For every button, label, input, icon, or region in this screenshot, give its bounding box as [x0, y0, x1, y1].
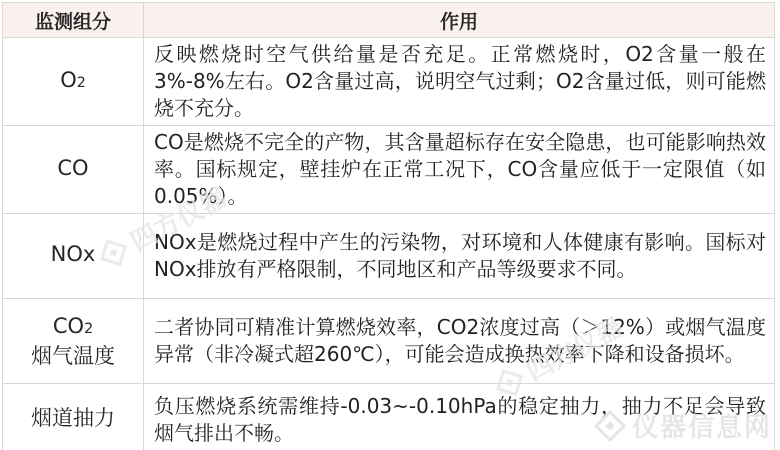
table-row: 烟道抽力 负压燃烧系统需维持-0.03~-0.10hPa的稳定抽力，抽力不足会导…	[3, 384, 775, 450]
header-function-column: 作用	[144, 3, 775, 38]
function-text-nox: NOx是燃烧过程中产生的污染物，对环境和人体健康有影响。国标对NOx排放有严格限…	[144, 214, 775, 299]
function-text-o2: 反映燃烧时空气供给量是否充足。正常燃烧时，O2含量一般在3%-8%左右。O2含量…	[144, 38, 775, 126]
component-label-nox: NOx	[3, 214, 144, 299]
component-label-co: CO	[3, 126, 144, 214]
component-label-o2: O2	[3, 38, 144, 126]
table-row: NOx NOx是燃烧过程中产生的污染物，对环境和人体健康有影响。国标对NOx排放…	[3, 214, 775, 299]
header-component-column: 监测组分	[3, 3, 144, 38]
component-label-flue-draft: 烟道抽力	[3, 384, 144, 450]
function-text-flue-draft: 负压燃烧系统需维持-0.03~-0.10hPa的稳定抽力，抽力不足会导致烟气排出…	[144, 384, 775, 450]
header-row: 监测组分 作用	[3, 3, 775, 38]
function-text-co2-flue-temp: 二者协同可精准计算燃烧效率，CO2浓度过高（＞12%）或烟气温度异常（非冷凝式超…	[144, 299, 775, 384]
table-row: O2 反映燃烧时空气供给量是否充足。正常燃烧时，O2含量一般在3%-8%左右。O…	[3, 38, 775, 126]
table-row: CO2 烟气温度 二者协同可精准计算燃烧效率，CO2浓度过高（＞12%）或烟气温…	[3, 299, 775, 384]
combustion-monitoring-table: 监测组分 作用 O2 反映燃烧时空气供给量是否充足。正常燃烧时，O2含量一般在3…	[0, 0, 780, 450]
table-row: CO CO是燃烧不完全的产物，其含量超标存在安全隐患，也可能影响热效率。国标规定…	[3, 126, 775, 214]
function-text-co: CO是燃烧不完全的产物，其含量超标存在安全隐患，也可能影响热效率。国标规定，壁挂…	[144, 126, 775, 214]
monitoring-components-table: 监测组分 作用 O2 反映燃烧时空气供给量是否充足。正常燃烧时，O2含量一般在3…	[2, 2, 775, 450]
component-label-co2-flue-temp: CO2 烟气温度	[3, 299, 144, 384]
